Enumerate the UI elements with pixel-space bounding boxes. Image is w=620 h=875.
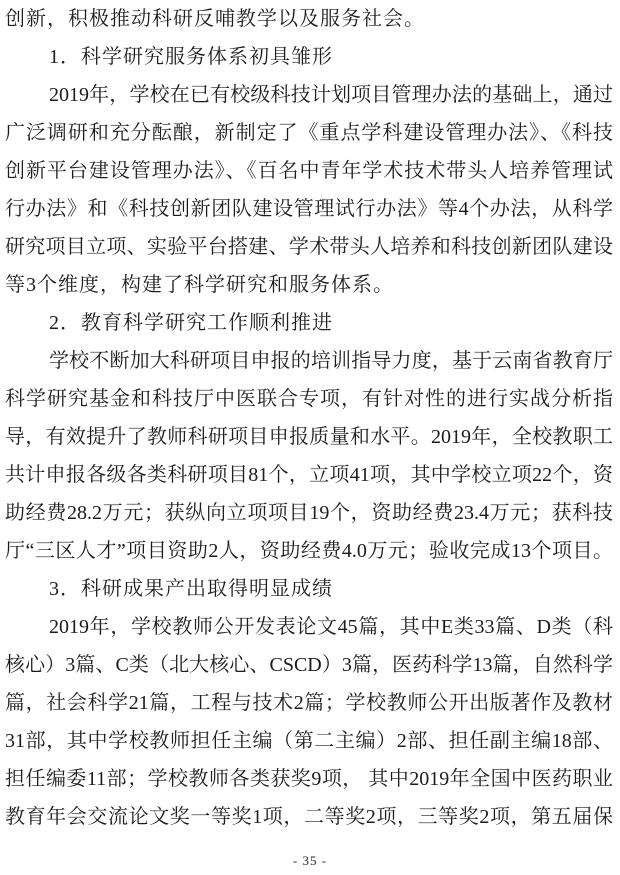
text-line: 2．教育科学研究工作顺利推进 — [5, 304, 613, 342]
text-line: 篇，社会科学21篇，工程与技术2篇；学校教师公开出版著作及教材 — [5, 684, 613, 722]
text-line: 2019年，学校在已有校级科技计划项目管理办法的基础上，通过 — [5, 76, 613, 114]
text-line: 创新平台建设管理办法》、《百名中青年学术技术带头人培养管理试 — [5, 152, 613, 190]
page-number: - 35 - — [0, 853, 620, 869]
text-line: 1．科学研究服务体系初具雏形 — [5, 38, 613, 76]
text-line: 学校不断加大科研项目申报的培训指导力度，基于云南省教育厅 — [5, 342, 613, 380]
text-line: 等3个维度，构建了科学研究和服务体系。 — [5, 266, 613, 304]
document-page: 创新，积极推动科研反哺教学以及服务社会。1．科学研究服务体系初具雏形2019年，… — [0, 0, 620, 875]
text-line: 3．科研成果产出取得明显成绩 — [5, 570, 613, 608]
text-line: 行办法》和《科技创新团队建设管理试行办法》等4个办法，从科学 — [5, 190, 613, 228]
text-lines: 创新，积极推动科研反哺教学以及服务社会。1．科学研究服务体系初具雏形2019年，… — [5, 0, 613, 836]
text-line: 担任编委11部；学校教师各类获奖9项， 其中2019年全国中医药职业 — [5, 760, 613, 798]
text-line: 核心）3篇、C类（北大核心、CSCD）3篇，医药科学13篇，自然科学3 — [5, 646, 613, 684]
text-line: 教育年会交流论文奖一等奖1项，二等奖2项，三等奖2项，第五届保 — [5, 798, 613, 836]
text-line: 导，有效提升了教师科研项目申报质量和水平。2019年，全校教职工 — [5, 418, 613, 456]
text-line: 31部，其中学校教师担任主编（第二主编）2部、担任副主编18部、 — [5, 722, 613, 760]
text-line: 2019年，学校教师公开发表论文45篇，其中E类33篇、D类（科技 — [5, 608, 613, 646]
text-line: 研究项目立项、实验平台搭建、学术带头人培养和科技创新团队建设 — [5, 228, 613, 266]
text-line: 共计申报各级各类科研项目81个，立项41项，其中学校立项22个，资 — [5, 456, 613, 494]
text-line: 广泛调研和充分酝酿，新制定了《重点学科建设管理办法》、《科技 — [5, 114, 613, 152]
text-line: 科学研究基金和科技厅中医联合专项，有针对性的进行实战分析指 — [5, 380, 613, 418]
text-line: 厅“三区人才”项目资助2人，资助经费4.0万元；验收完成13个项目。 — [5, 532, 613, 570]
text-line: 创新，积极推动科研反哺教学以及服务社会。 — [5, 0, 613, 38]
text-line: 助经费28.2万元；获纵向立项项目19个，资助经费23.4万元；获科技 — [5, 494, 613, 532]
